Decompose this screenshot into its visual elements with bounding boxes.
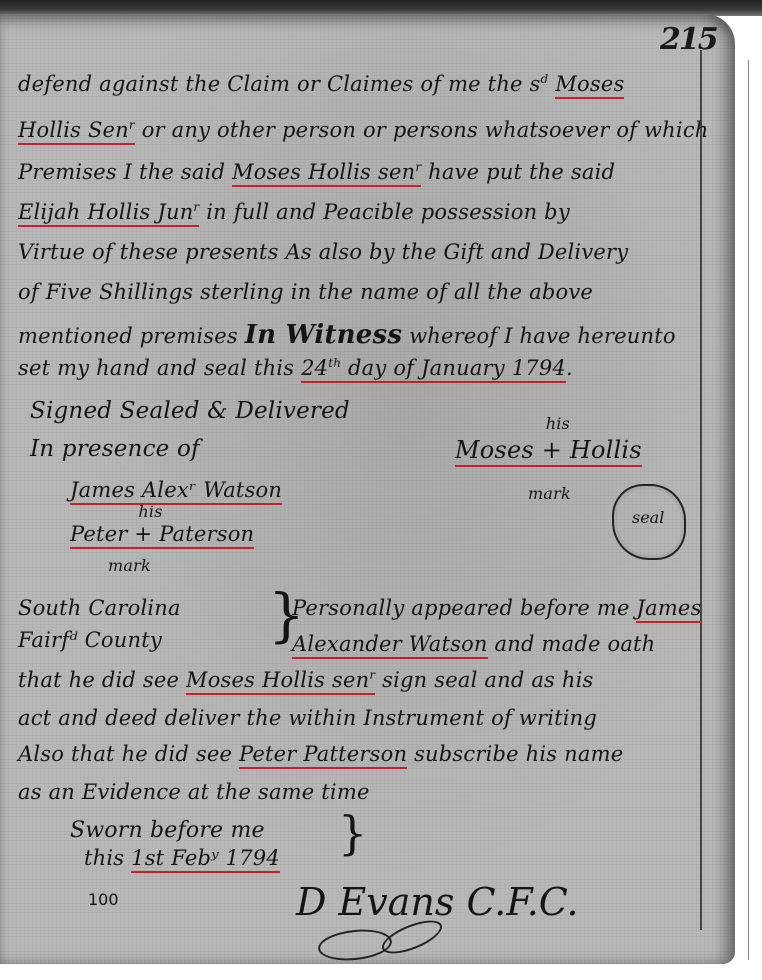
- grantor-last: Hollis: [570, 436, 642, 464]
- sworn-date: this 1st Febʸ 1794: [84, 846, 280, 870]
- text: .: [566, 356, 573, 380]
- affidavit-line-2: Alexander Watson and made oath: [292, 632, 655, 656]
- text: Personally appeared before me: [292, 596, 636, 620]
- affidavit-line-4: act and deed deliver the within Instrume…: [18, 706, 597, 730]
- date-day: 24: [301, 356, 328, 380]
- text: Also that he did see: [18, 742, 239, 766]
- sworn-date-value: 1st Febʸ 1794: [131, 846, 280, 873]
- witness-2-mark-label: mark: [108, 556, 151, 575]
- text: act and deed deliver the within Instrume…: [18, 706, 597, 730]
- sworn-before-me: Sworn before me: [70, 818, 265, 843]
- text: defend against the Claim or Claimes of m…: [18, 72, 541, 96]
- witness-1-name: James Alexʳ Watson: [70, 478, 282, 505]
- underlined-name: Peter Patterson: [239, 742, 407, 769]
- deed-line-8: set my hand and seal this 24th day of Ja…: [18, 356, 573, 380]
- deed-line-5: Virtue of these presents As also by the …: [18, 240, 628, 264]
- underlined-name: Moses Hollis sen: [186, 668, 369, 692]
- brace-icon: }: [338, 810, 367, 856]
- venue-county: Fairfᵈ County: [18, 628, 162, 652]
- page-number: 215: [660, 22, 717, 57]
- witness-2-first: Peter: [70, 522, 128, 546]
- text: or any other person or persons whatsoeve…: [135, 118, 709, 142]
- deed-line-4: Elijah Hollis Junr in full and Peacible …: [18, 200, 570, 224]
- signed-sealed-delivered: Signed Sealed & Delivered: [30, 398, 350, 424]
- text: that he did see: [18, 668, 186, 692]
- deed-line-2: Hollis Senr or any other person or perso…: [18, 118, 709, 142]
- grantor-signature: Moses his+ Hollis: [455, 436, 642, 464]
- text: set my hand and seal this: [18, 356, 301, 380]
- underlined-name: Moses: [555, 72, 624, 99]
- witness-2-last: Paterson: [159, 522, 254, 546]
- venue-state: South Carolina: [18, 596, 181, 620]
- margin-rule: [700, 50, 702, 930]
- deed-line-1: defend against the Claim or Claimes of m…: [18, 72, 624, 96]
- superscript: d: [541, 72, 549, 86]
- date-month-year: day of January 1794: [341, 356, 566, 380]
- text: have put the said: [421, 160, 615, 184]
- scan-edge-rule: [748, 60, 749, 960]
- clerk-signature: D Evans C.F.C.: [296, 880, 579, 924]
- underlined-name: Elijah Hollis Jun: [18, 200, 193, 224]
- cross-mark: +: [542, 436, 562, 464]
- superscript: th: [328, 356, 341, 370]
- text: mentioned premises: [18, 324, 245, 348]
- seal-label: seal: [632, 508, 664, 527]
- text: this: [84, 846, 131, 870]
- witness-2: Peter his+ Paterson: [70, 522, 254, 546]
- his-label: his: [138, 502, 162, 521]
- his-label: his: [546, 414, 570, 433]
- margin-number: 100: [88, 890, 119, 909]
- text: in full and Peacible possession by: [199, 200, 570, 224]
- underlined-name: Hollis Sen: [18, 118, 129, 142]
- deed-line-3: Premises I the said Moses Hollis senr ha…: [18, 160, 615, 184]
- text: as an Evidence at the same time: [18, 780, 370, 804]
- witness-1: James Alexʳ Watson: [70, 478, 282, 502]
- underlined-name: Moses Hollis sen: [232, 160, 415, 184]
- seal-icon: seal: [612, 484, 686, 560]
- grantor-first: Moses: [455, 436, 534, 464]
- deed-line-7: mentioned premises In Witness whereof I …: [18, 320, 676, 350]
- in-witness-heading: In Witness: [245, 320, 402, 350]
- affidavit-line-1: Personally appeared before me James: [292, 596, 702, 620]
- affidavit-line-5: Also that he did see Peter Patterson sub…: [18, 742, 623, 766]
- text: sign seal and as his: [375, 668, 593, 692]
- text: and made oath: [488, 632, 656, 656]
- text: Virtue of these presents As also by the …: [18, 240, 628, 264]
- underlined-name: Alexander Watson: [292, 632, 488, 659]
- deed-line-6: of Five Shillings sterling in the name o…: [18, 280, 593, 304]
- cross-mark: +: [134, 522, 152, 546]
- affidavit-line-3: that he did see Moses Hollis senr sign s…: [18, 668, 594, 692]
- in-presence-of: In presence of: [30, 436, 200, 462]
- grantor-mark-label: mark: [528, 484, 571, 503]
- affidavit-line-6: as an Evidence at the same time: [18, 780, 370, 804]
- text: of Five Shillings sterling in the name o…: [18, 280, 593, 304]
- text: subscribe his name: [407, 742, 623, 766]
- underlined-name: James: [636, 596, 701, 623]
- text: Premises I the said: [18, 160, 232, 184]
- text: whereof I have hereunto: [402, 324, 676, 348]
